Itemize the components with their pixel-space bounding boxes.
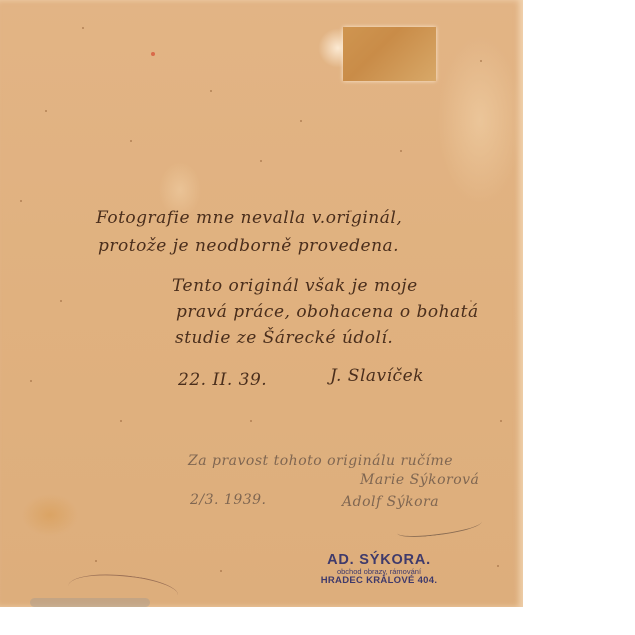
note-line-2: protože je neodborně provedena. — [98, 236, 399, 256]
paper-speckle — [400, 150, 402, 152]
paper-speckle — [30, 380, 32, 382]
stamp-name: AD. SÝKORA. — [318, 552, 440, 568]
note-line-1: Fotografie mne nevalla v.originál, — [96, 208, 402, 228]
paper-speckle — [250, 420, 252, 422]
artist-signature: J. Slavíček — [330, 366, 424, 386]
note-line-5: studie ze Šárecké údolí. — [175, 328, 393, 348]
paper-speckle — [82, 27, 84, 29]
paper-speckle — [120, 420, 122, 422]
paper-speckle — [60, 300, 62, 302]
adhesive-tape — [343, 27, 436, 81]
paper-speckle — [500, 420, 502, 422]
paper-speckle — [160, 250, 162, 252]
stain-mark — [151, 52, 155, 56]
note-line-4: pravá práce, obohacena o bohatá — [176, 302, 479, 322]
paper-speckle — [95, 560, 97, 562]
paper-speckle — [20, 200, 22, 202]
stamp-city: HRADEC KRÁLOVÉ 404. — [318, 575, 440, 586]
document-paper: Fotografie mne nevalla v.originál, proto… — [0, 0, 523, 607]
pencil-date: 2/3. 1939. — [190, 492, 267, 508]
paper-speckle — [130, 140, 132, 142]
paper-speckle — [260, 160, 262, 162]
paper-speckle — [497, 565, 499, 567]
paper-speckle — [220, 570, 222, 572]
signature-flourish — [396, 516, 482, 540]
edge-shadow — [30, 598, 150, 607]
paper-speckle — [350, 210, 352, 212]
paper-speckle — [45, 110, 47, 112]
paper-speckle — [300, 120, 302, 122]
paper-speckle — [210, 90, 212, 92]
note-line-3: Tento originál však je moje — [172, 276, 418, 296]
pencil-signature-marie: Marie Sýkorová — [360, 472, 479, 488]
paper-speckle — [480, 60, 482, 62]
paper-speckle — [470, 300, 472, 302]
pencil-note-line: Za pravost tohoto originálu ručíme — [188, 453, 453, 469]
dealer-stamp: AD. SÝKORA. obchod obrazy, rámování HRAD… — [318, 552, 440, 586]
pencil-signature-adolf: Adolf Sýkora — [342, 494, 439, 510]
note-date: 22. II. 39. — [178, 370, 267, 390]
